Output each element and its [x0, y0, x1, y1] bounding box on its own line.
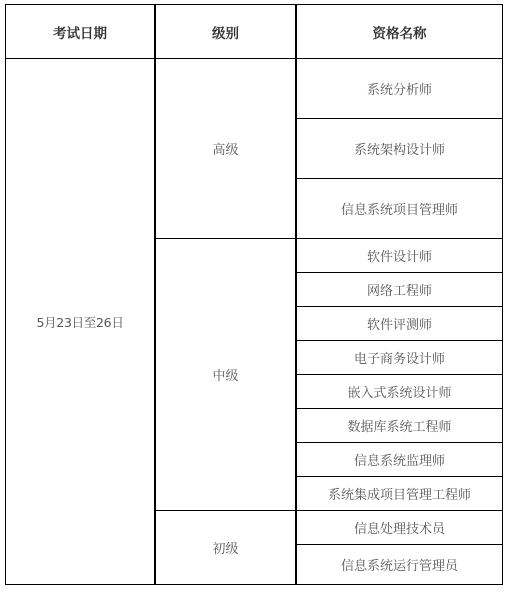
level-cell-intermediate: 中级	[155, 239, 296, 511]
exam-schedule-table: 考试日期 级别 资格名称 5月23日至26日 高级 系统分析师 系统架构设计师 …	[5, 4, 503, 585]
qualification-cell: 嵌入式系统设计师	[296, 375, 503, 409]
exam-date-cell: 5月23日至26日	[6, 59, 156, 585]
header-level: 级别	[155, 5, 296, 59]
qualification-cell: 信息系统监理师	[296, 443, 503, 477]
exam-date: 5月23日至26日	[36, 315, 123, 330]
header-exam-date: 考试日期	[6, 5, 156, 59]
qualification-cell: 软件评测师	[296, 307, 503, 341]
qualification-cell: 软件设计师	[296, 239, 503, 273]
qualification-cell: 系统分析师	[296, 59, 503, 119]
qualification-cell: 系统架构设计师	[296, 119, 503, 179]
qualification-cell: 电子商务设计师	[296, 341, 503, 375]
table-row: 5月23日至26日 高级 系统分析师	[6, 59, 503, 119]
qualification-cell: 数据库系统工程师	[296, 409, 503, 443]
header-row: 考试日期 级别 资格名称	[6, 5, 503, 59]
qualification-cell: 系统集成项目管理工程师	[296, 477, 503, 511]
qualification-cell: 信息处理技术员	[296, 511, 503, 545]
qualification-cell: 网络工程师	[296, 273, 503, 307]
qualification-cell: 信息系统运行管理员	[296, 545, 503, 585]
level-cell-senior: 高级	[155, 59, 296, 239]
qualification-cell: 信息系统项目管理师	[296, 179, 503, 239]
header-qualification-name: 资格名称	[296, 5, 503, 59]
level-cell-junior: 初级	[155, 511, 296, 585]
